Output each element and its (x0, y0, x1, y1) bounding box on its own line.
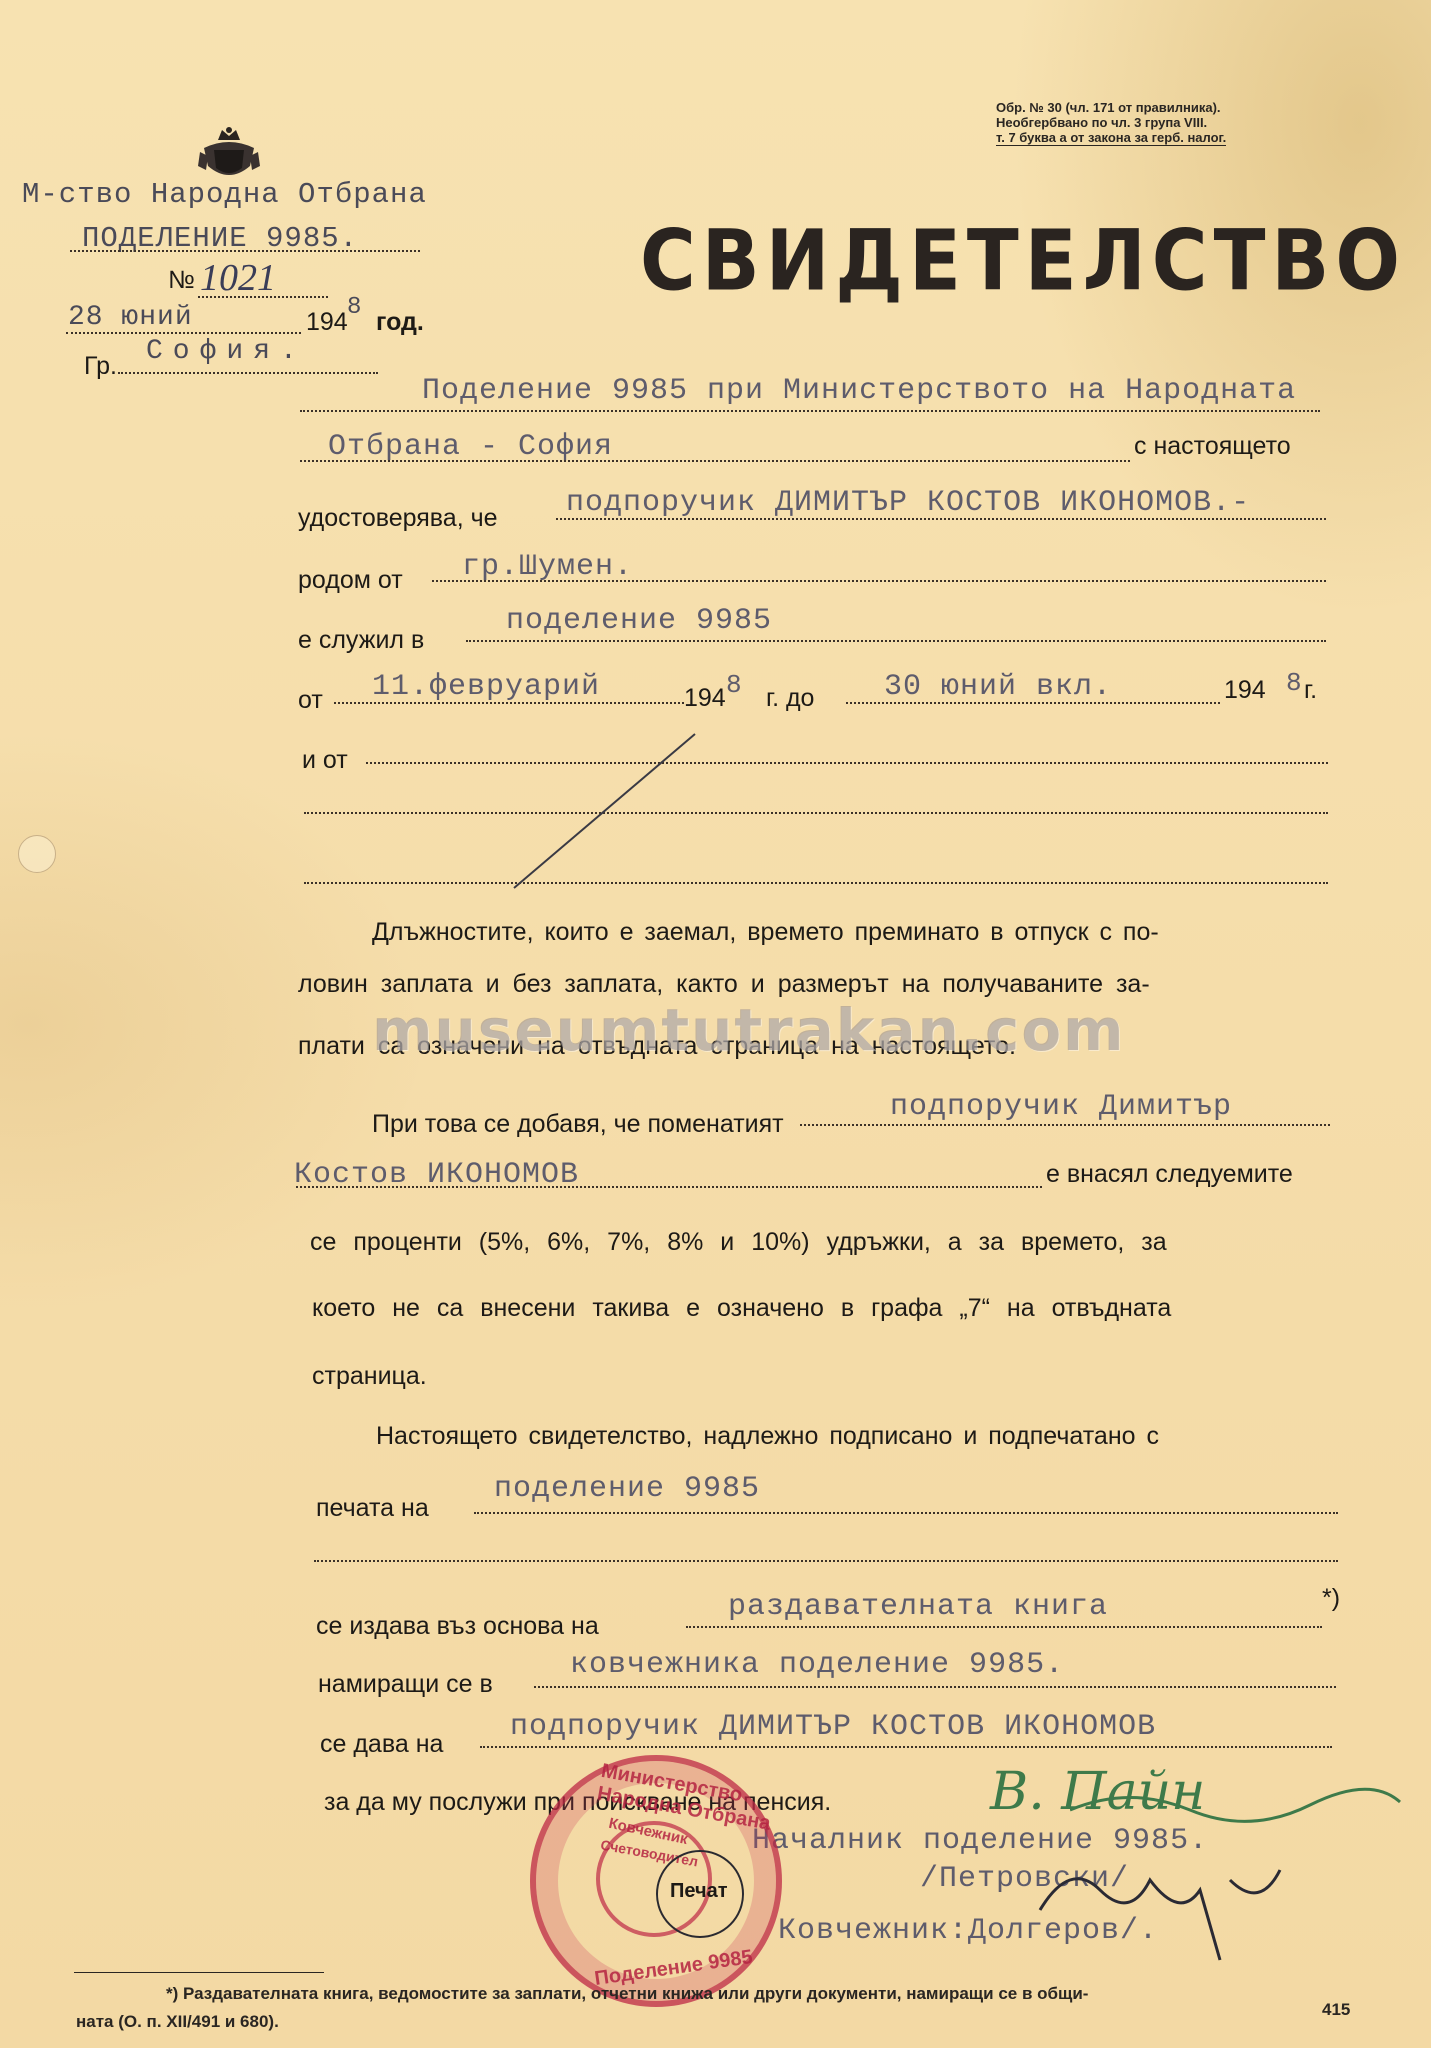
born-underline (432, 580, 1326, 582)
footnote-line2: ната (О. п. XII/491 и 680). (76, 2012, 279, 2032)
paragraph2-line3: се проценти (5%, 6%, 7%, 8% и 10%) удръж… (310, 1228, 1167, 1257)
coat-of-arms-icon (196, 126, 262, 186)
paragraph2-underline1 (800, 1124, 1330, 1126)
located-underline (534, 1686, 1336, 1688)
given-value: подпоручик ДИМИТЪР КОСТОВ ИКОНОМОВ (510, 1710, 1156, 1744)
city-value: София. (146, 336, 307, 367)
year-suffix: 8 (347, 294, 362, 321)
date-underline (66, 332, 301, 334)
document-number: 1021 (200, 256, 276, 300)
located-label: намиращи се в (318, 1670, 493, 1699)
person-name: подпоручик ДИМИТЪР КОСТОВ ИКОНОМОВ.- (566, 486, 1250, 520)
treasurer-signature (1030, 1850, 1290, 1970)
paragraph2-rest: е внасял следуемите (1046, 1160, 1293, 1189)
form-reference-line1: Обр. № 30 (чл. 171 от правилника). (996, 100, 1226, 115)
paragraph2-underline2 (296, 1186, 1042, 1188)
paragraph2-value1: подпоручик Димитър (890, 1090, 1232, 1124)
treasurer-title: Ковчежник: (778, 1914, 968, 1948)
issued-value: раздавателната книга (728, 1590, 1108, 1624)
city-label: Гр. (84, 352, 117, 381)
seal-value: поделение 9985 (494, 1472, 760, 1506)
g-label: г. (1304, 676, 1317, 705)
paragraph1-line2: ловин заплата и без заплата, както и раз… (298, 970, 1150, 999)
issued-label: се издава въз основа на (316, 1612, 599, 1641)
issued-underline (686, 1626, 1322, 1628)
issuer-line2: Отбрана - София (328, 430, 613, 464)
punch-hole (18, 835, 56, 873)
year-prefix: 194 (306, 308, 348, 337)
page-number: 415 (1322, 2000, 1350, 2020)
paragraph2-line5: страница. (312, 1362, 427, 1391)
seal-placeholder-label: Печат (670, 1880, 728, 1903)
person-underline (556, 518, 1326, 520)
from-year-prefix: 194 (684, 684, 726, 713)
from-date-underline (334, 702, 684, 704)
watermark: museumtutrakan.com (372, 996, 1126, 1064)
born-label: родом от (298, 566, 403, 595)
strike-through-line (500, 730, 700, 890)
issuer-line1-underline (300, 410, 1320, 412)
served-value: поделение 9985 (506, 604, 772, 638)
to-year-prefix: 194 (1224, 676, 1266, 705)
certifies-label: с настоящето (1134, 432, 1291, 461)
to-label: г. до (766, 684, 814, 713)
from-date: 11.февруарий (372, 670, 600, 704)
blank-line-2 (304, 882, 1328, 884)
certifies-that-label: удостоверява, че (298, 504, 498, 533)
issuer-line2-underline (300, 460, 1130, 462)
to-year-suffix: 8 (1286, 668, 1303, 698)
paragraph1-line1: Длъжностите, които е заемал, времето пре… (372, 918, 1159, 947)
page-title: СВИДЕТЕЛСТВО (640, 212, 1406, 310)
number-label: № (168, 266, 195, 295)
form-reference: Обр. № 30 (чл. 171 от правилника). Необг… (996, 100, 1226, 146)
blank-line-1 (304, 812, 1328, 814)
issuer-line1: Поделение 9985 при Министерството на Нар… (422, 374, 1296, 408)
paragraph2-line4: което не са внесени такива е означено в … (312, 1294, 1171, 1323)
to-date: 30 юний вкл. (884, 670, 1112, 704)
year-label: год. (376, 308, 424, 337)
unit-underline (70, 250, 420, 252)
from-label: от (298, 686, 323, 715)
given-underline (480, 1746, 1332, 1748)
given-label: се дава на (320, 1730, 443, 1759)
seal-label: печата на (316, 1494, 429, 1523)
born-value: гр.Шумен. (462, 550, 633, 584)
footnote-divider (74, 1972, 324, 1973)
form-reference-line2: Необгербвано по чл. 3 група VIII. (996, 115, 1226, 130)
issue-date: 28 юний (68, 302, 193, 333)
paragraph2-label: При това се добавя, че поменатият (372, 1110, 784, 1139)
to-date-underline (846, 702, 1220, 704)
from-year-suffix: 8 (726, 670, 743, 700)
served-underline (466, 640, 1326, 642)
ministry-name: М-ство Народна Отбрана (22, 178, 427, 211)
and-from-label: и от (302, 746, 348, 775)
chief-signature-stroke (1070, 1780, 1410, 1840)
official-stamp: Министерство Народна Отбрана Поделение 9… (530, 1755, 782, 2007)
number-underline (198, 296, 328, 298)
form-reference-line3: т. 7 буква а от закона за герб. налог. (996, 130, 1226, 146)
located-value: ковчежника поделение 9985. (570, 1648, 1064, 1682)
served-label: е служил в (298, 626, 424, 655)
footnote-marker: *) (1322, 1584, 1340, 1613)
paragraph3-line1: Настоящето свидетелство, надлежно подпис… (376, 1422, 1159, 1451)
footnote-line1: *) Раздавателната книга, ведомостите за … (166, 1984, 1088, 2004)
city-underline (118, 372, 378, 374)
blank-line-3 (314, 1560, 1338, 1562)
seal-underline (474, 1512, 1338, 1514)
